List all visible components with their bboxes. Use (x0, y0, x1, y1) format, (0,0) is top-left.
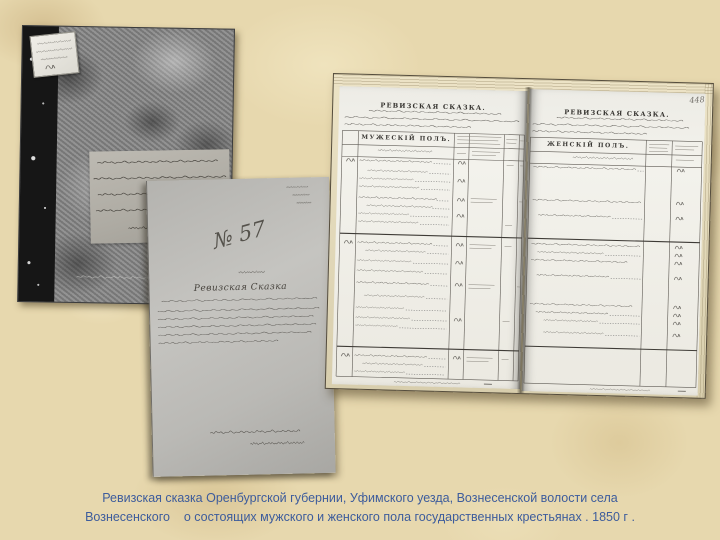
left-page-footer-scribble (394, 381, 492, 385)
catalog-label-scribbles (31, 32, 81, 77)
right-page-preamble-scribbles (533, 116, 689, 136)
left-page-table-art (332, 86, 528, 389)
caption-line-2: Вознесенского о состоящих мужского и жен… (20, 508, 700, 527)
book-page-left: РЕВИЗСКАЯ СКАЗКА. МУЖЕСКІЙ ПОЛЪ. (332, 86, 528, 389)
left-page-dotted-leaders (398, 163, 451, 375)
left-table-printed-headers (457, 136, 524, 156)
book-page-right: РЕВИЗСКАЯ СКАЗКА. ЖЕНСКІЙ ПОЛЪ. 448 (522, 89, 706, 396)
right-page-table-art (522, 89, 706, 396)
right-table-section-lines (525, 238, 700, 350)
left-table-grid (336, 130, 524, 381)
page-number: 448 (689, 95, 705, 105)
slide-background: № 57 Ревизская Сказка (0, 0, 720, 540)
revision-book-spread: РЕВИЗСКАЯ СКАЗКА. МУЖЕСКІЙ ПОЛЪ. (325, 73, 714, 399)
right-page-dotted-leaders (599, 170, 643, 336)
right-table-printed-headers (649, 144, 698, 160)
title-page-signature (210, 429, 304, 445)
right-page-handwriting (529, 155, 684, 337)
right-page-footer-scribble (590, 388, 686, 392)
title-page-document: № 57 Ревизская Сказка (146, 177, 336, 477)
catalog-label (29, 31, 79, 78)
left-page-margin-notes (467, 165, 524, 363)
left-table-section-lines (337, 233, 522, 351)
caption: Ревизская сказка Оренбургской губернии, … (20, 489, 700, 527)
caption-line-1: Ревизская сказка Оренбургской губернии, … (20, 489, 700, 508)
